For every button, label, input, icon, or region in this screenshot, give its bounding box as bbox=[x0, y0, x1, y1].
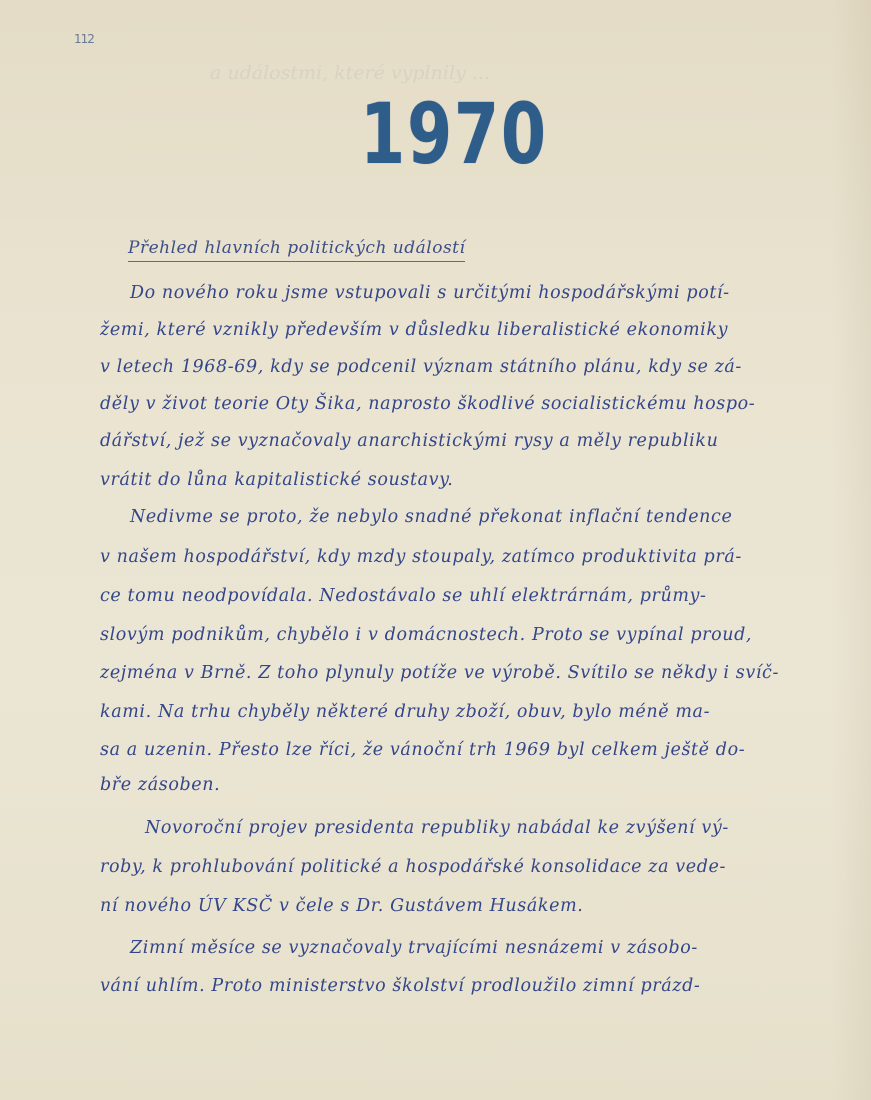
text-line: Novoroční projev presidenta republiky na… bbox=[145, 818, 729, 838]
text-line: v letech 1968-69, kdy se podcenil význam… bbox=[100, 357, 742, 377]
text-line: vání uhlím. Proto ministerstvo školství … bbox=[100, 976, 700, 996]
text-line: vrátit do lůna kapitalistické soustavy. bbox=[100, 470, 453, 490]
text-line: Nedivme se proto, že nebylo snadné překo… bbox=[130, 507, 732, 527]
text-line: bře zásoben. bbox=[100, 775, 220, 795]
text-line: Zimní měsíce se vyznačovaly trvajícími n… bbox=[130, 938, 698, 958]
text-line: kami. Na trhu chyběly některé druhy zbož… bbox=[100, 702, 710, 722]
text-line: sa a uzenin. Přesto lze říci, že vánoční… bbox=[100, 740, 745, 760]
text-line: v našem hospodářství, kdy mzdy stoupaly,… bbox=[100, 547, 742, 567]
manuscript-page: a událostmi, které vyplnily ... 112 1970… bbox=[0, 0, 871, 1100]
text-line: ce tomu neodpovídala. Nedostávalo se uhl… bbox=[100, 586, 707, 606]
text-line: zejména v Brně. Z toho plynuly potíže ve… bbox=[100, 663, 779, 683]
year-text: 1970 bbox=[360, 85, 548, 183]
text-line: Do nového roku jsme vstupovali s určitým… bbox=[130, 283, 730, 303]
text-line: ní nového ÚV KSČ v čele s Dr. Gustávem H… bbox=[100, 896, 583, 916]
text-line: děly v život teorie Oty Šika, naprosto š… bbox=[100, 394, 755, 414]
year-heading: 1970 bbox=[360, 92, 548, 176]
bleed-through-text: a událostmi, které vyplnily ... bbox=[210, 62, 871, 84]
section-heading: Přehled hlavních politických událostí bbox=[128, 238, 465, 262]
page-number: 112 bbox=[74, 32, 94, 46]
text-line: slovým podnikům, chybělo i v domácnostec… bbox=[100, 625, 752, 645]
text-line: dářství, jež se vyznačovaly anarchistick… bbox=[100, 431, 718, 451]
text-line: roby, k prohlubování politické a hospodá… bbox=[100, 857, 726, 877]
text-line: žemi, které vznikly především v důsledku… bbox=[100, 320, 728, 340]
